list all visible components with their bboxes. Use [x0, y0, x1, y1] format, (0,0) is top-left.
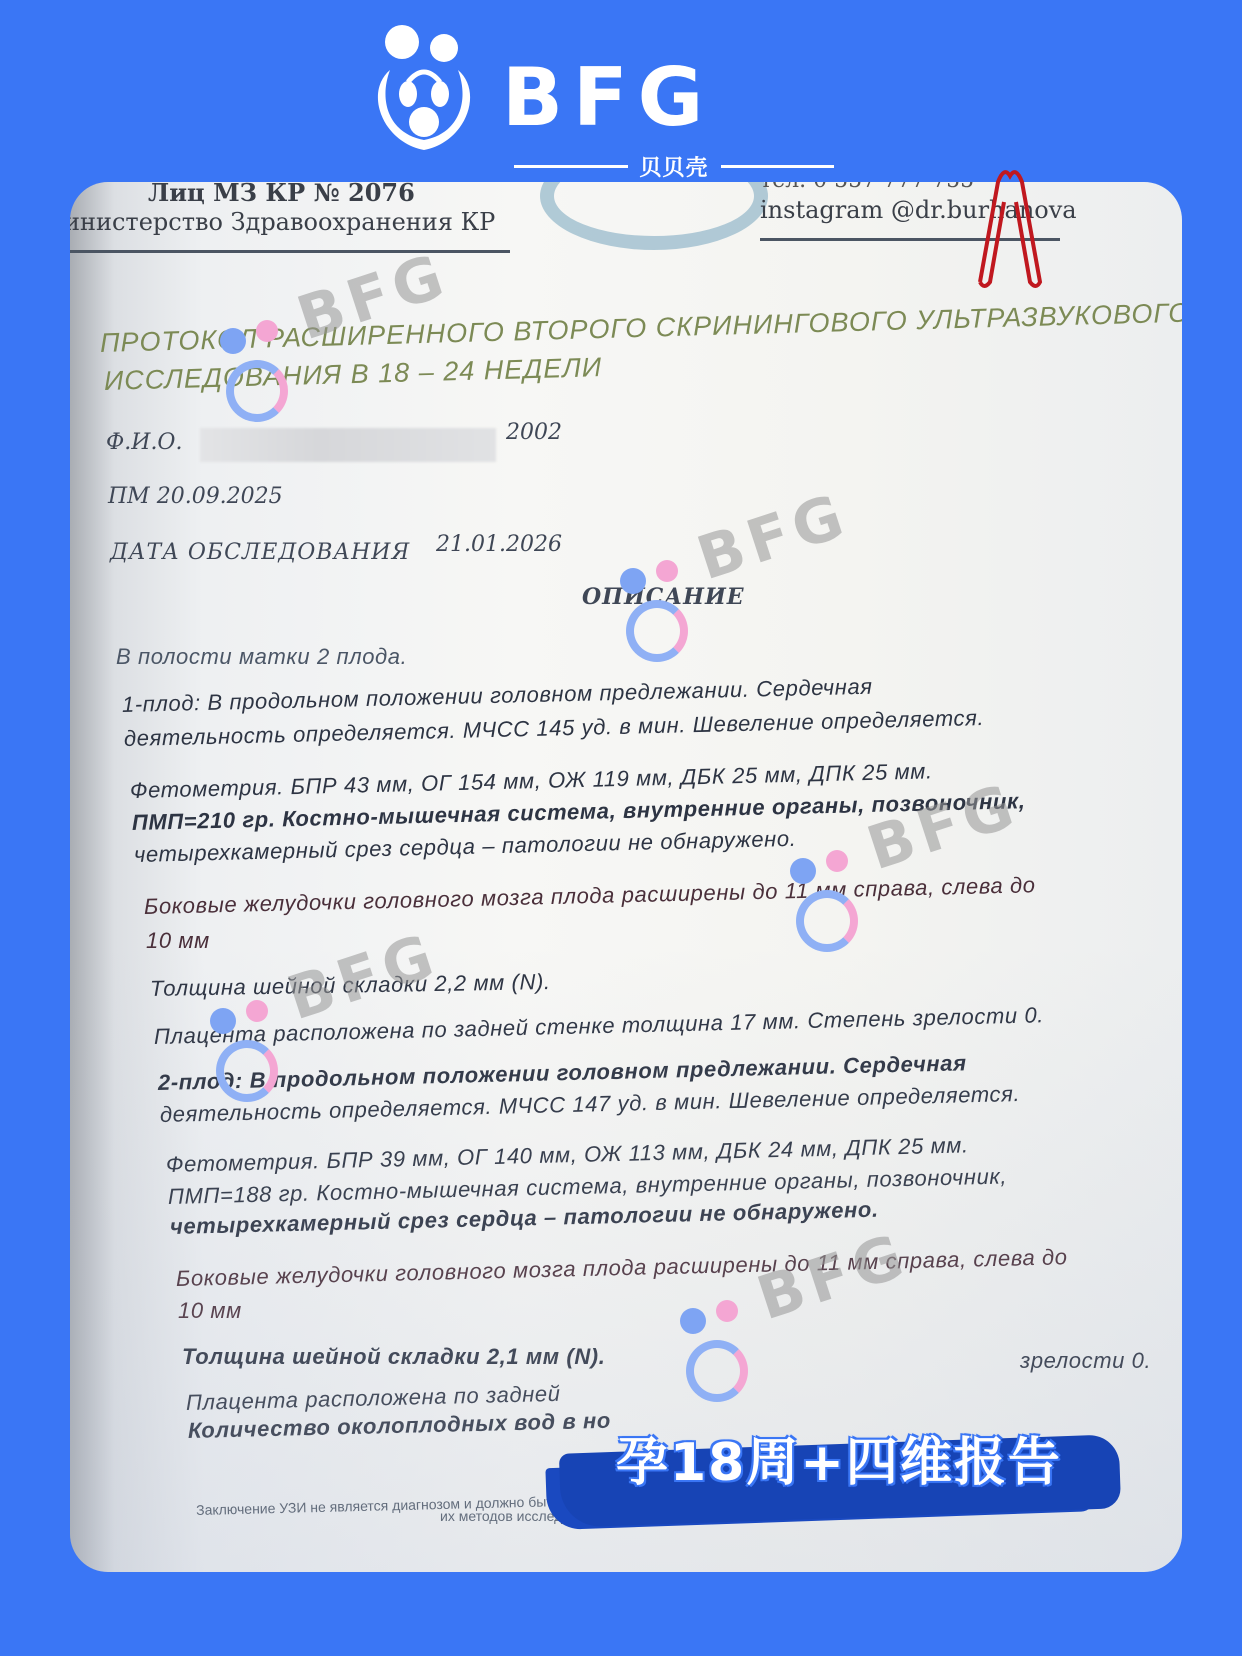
clinic-logo-icon — [540, 182, 768, 250]
birth-year: 2002 — [506, 420, 562, 445]
fetus2-ventricles: Боковые желудочки головного мозга плода … — [176, 1244, 1068, 1292]
fio-label: Ф.И.О. — [106, 430, 182, 455]
exam-date-label: ДАТА ОБСЛЕДОВАНИЯ — [110, 540, 410, 565]
fetus1-ventricles-left: 10 мм — [146, 928, 210, 954]
exam-date: 21.01.2026 — [436, 532, 562, 557]
divider — [721, 165, 835, 168]
paperclip-icon — [970, 162, 1050, 292]
license-number: Лиц МЗ КР № 2076 — [148, 182, 415, 207]
fetus1-ventricles: Боковые желудочки головного мозга плода … — [144, 872, 1036, 920]
fetus2-nuchal: Толщина шейной складки 2,1 мм (N). — [182, 1344, 605, 1370]
intro-text: В полости матки 2 плода. — [116, 644, 407, 670]
report-title: ПРОТОКОЛ РАСШИРЕННОГО ВТОРОГО СКРИНИНГОВ… — [100, 298, 1182, 359]
divider — [514, 165, 628, 168]
ministry-name: инистерство Здравоохранения КР — [70, 208, 495, 236]
fetus2-ventricles-left: 10 мм — [178, 1298, 242, 1324]
bfg-family-logo-icon — [372, 22, 482, 152]
brand-name: BFG — [502, 58, 713, 138]
brand-subtitle-text: 贝贝壳 — [640, 151, 709, 182]
header-divider — [70, 250, 510, 253]
brand-subtitle: 贝贝壳 — [514, 152, 834, 180]
banner-label: 孕18周+四维报告 — [616, 1420, 1062, 1495]
pm-date: ПМ 20.09.2025 — [108, 484, 283, 509]
redacted-name — [200, 428, 496, 462]
phone-number: тел. 0 557 777 755 — [760, 182, 974, 193]
section-heading: ОПИСАНИЕ — [582, 584, 745, 610]
fetus2-placenta-tail: зрелости 0. — [1020, 1348, 1151, 1374]
week-banner: 孕18周+四维报告 — [560, 1420, 1120, 1516]
fetus1-nuchal: Толщина шейной складки 2,2 мм (N). — [150, 969, 551, 1002]
report-photo: Лиц МЗ КР № 2076 инистерство Здравоохран… — [70, 182, 1182, 1572]
fetus1-placenta: Плацента расположена по задней стенке то… — [154, 1002, 1045, 1050]
report-title-line2: ИССЛЕДОВАНИЯ В 18 – 24 НЕДЕЛИ — [104, 352, 603, 397]
brand-logo: BFG 贝贝壳 — [372, 22, 842, 162]
